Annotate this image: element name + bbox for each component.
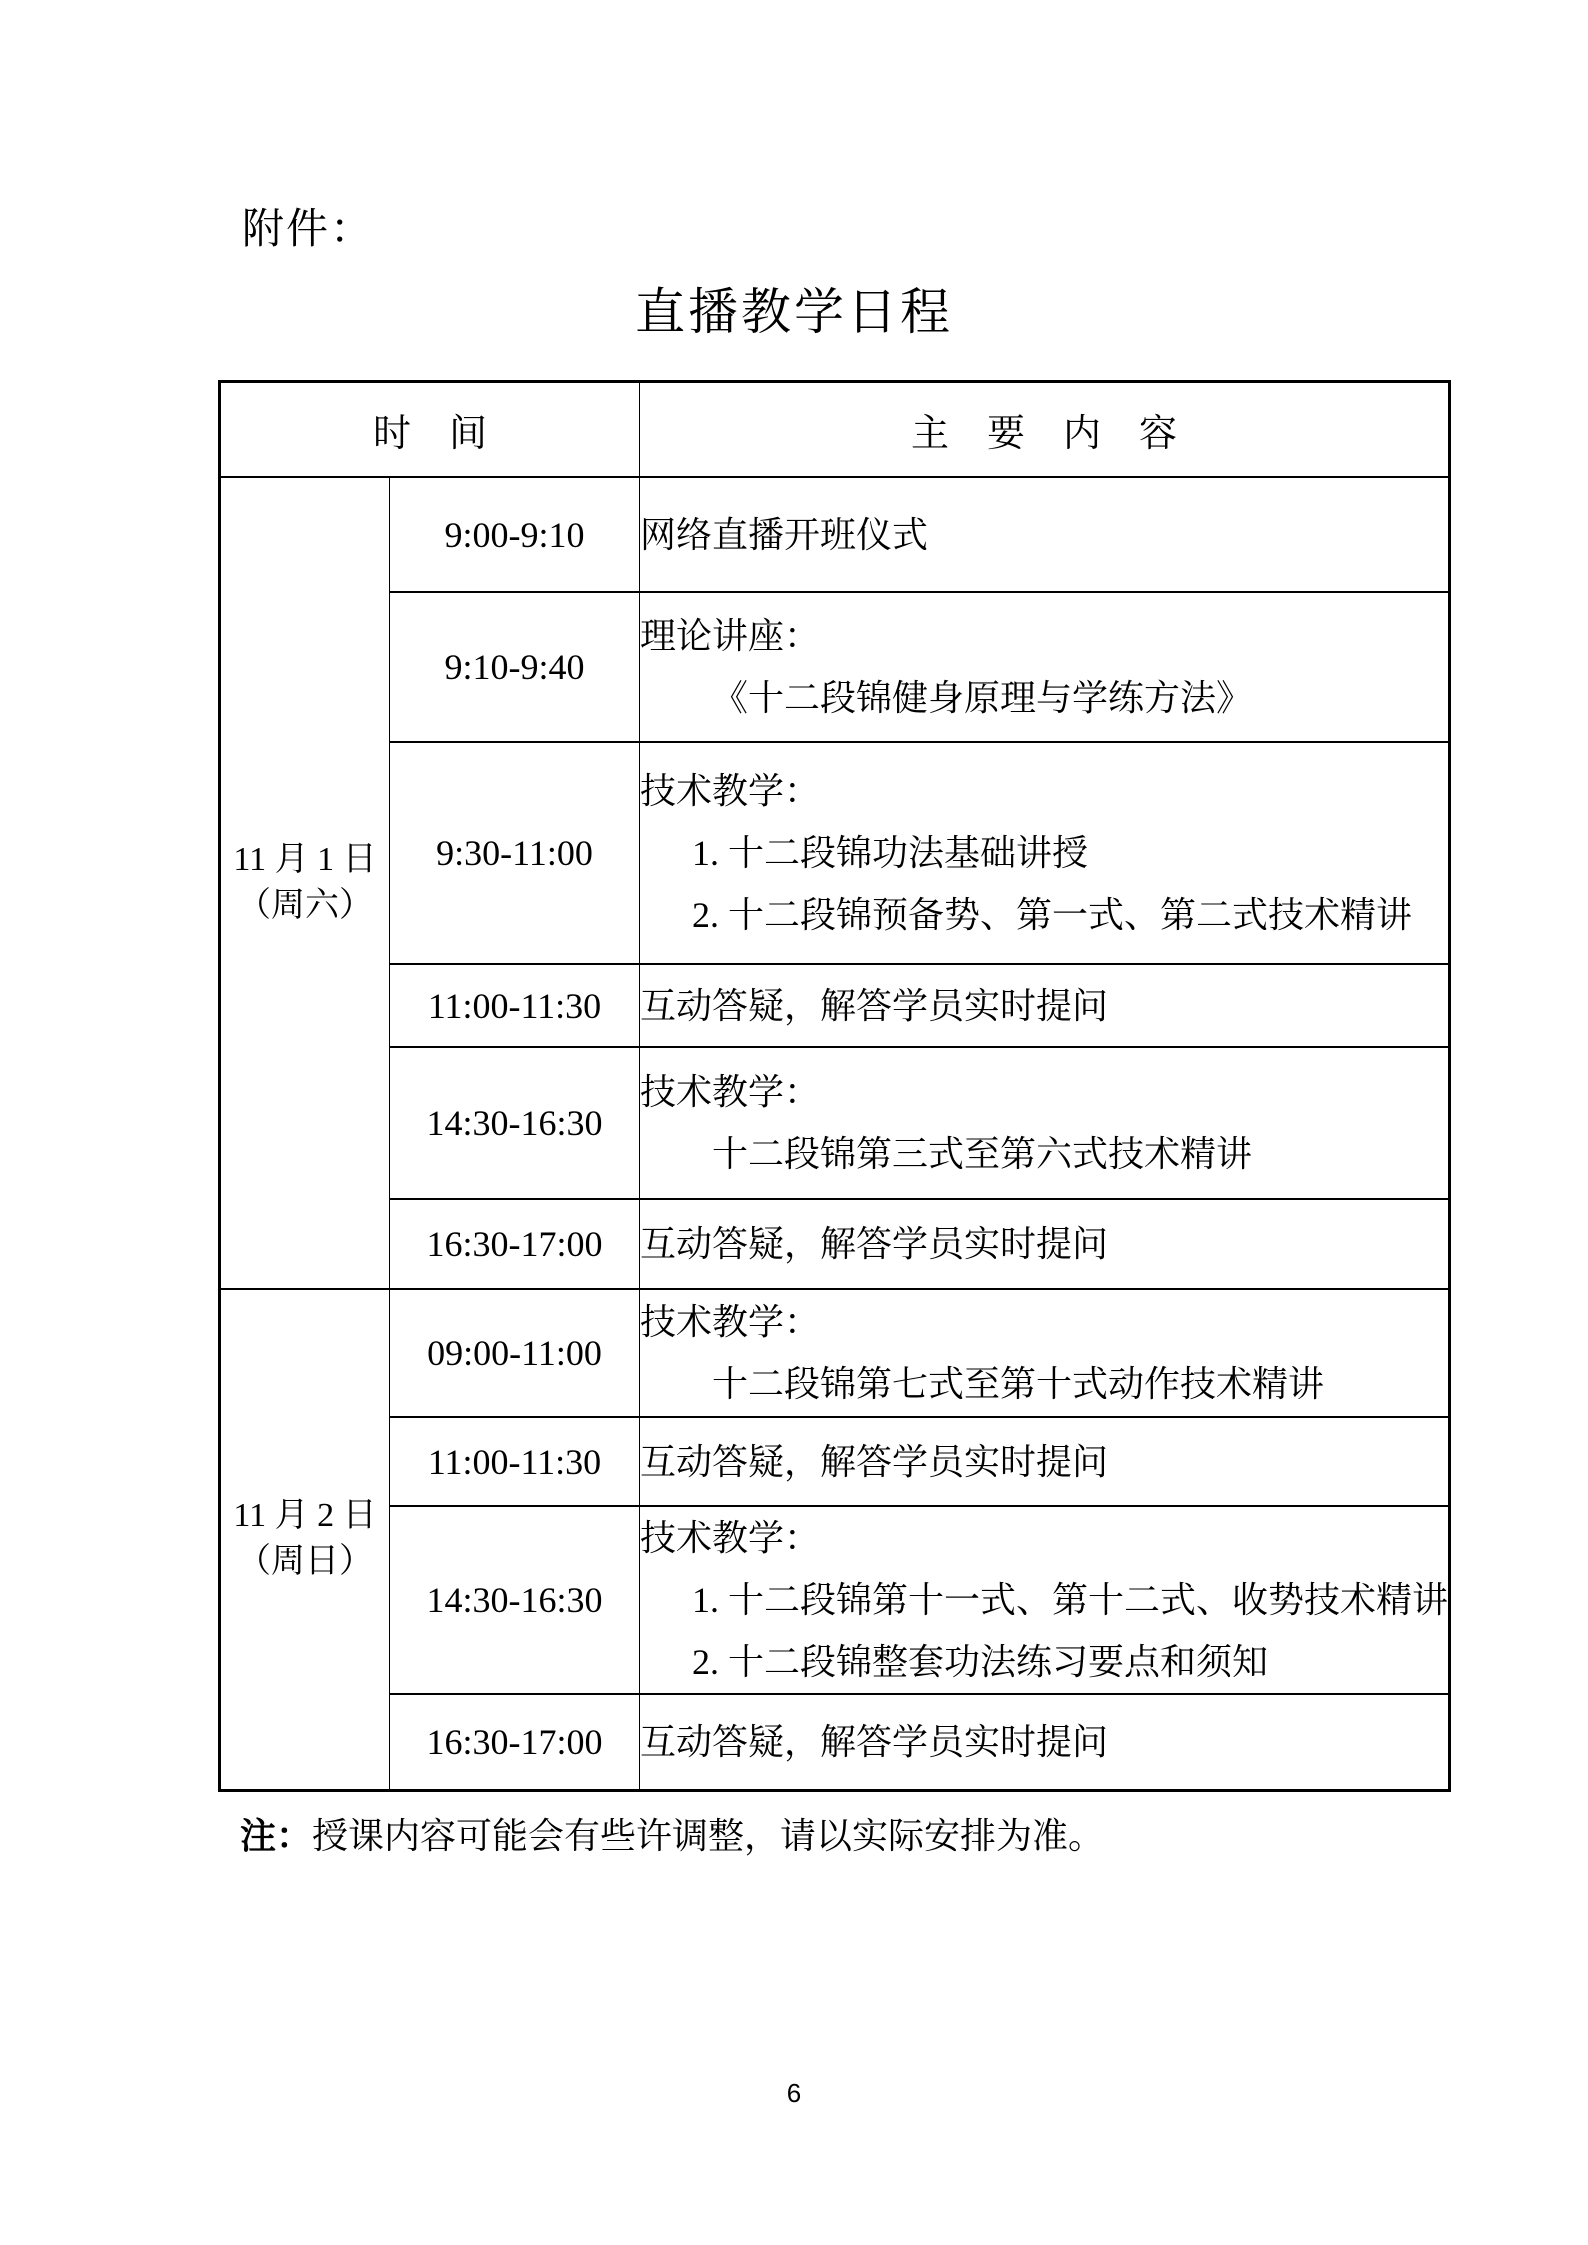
time-cell: 9:30-11:00	[390, 742, 640, 964]
date-line: （周日）	[221, 1539, 389, 1585]
time-cell: 14:30-16:30	[390, 1506, 640, 1694]
schedule-row: 14:30-16:30技术教学：1. 十二段锦第十一式、第十二式、收势技术精讲2…	[220, 1506, 1450, 1694]
content-line: 《十二段锦健身原理与学练方法》	[712, 667, 1448, 729]
content-line: 理论讲座：	[640, 605, 1448, 667]
schedule-row: 9:10-9:40理论讲座：《十二段锦健身原理与学练方法》	[220, 592, 1450, 742]
date-line: 11 月 1 日	[221, 837, 389, 883]
header-content-column: 主 要 内 容	[640, 382, 1450, 478]
content-line: 1. 十二段锦第十一式、第十二式、收势技术精讲	[692, 1569, 1448, 1631]
attachment-label: 附件：	[242, 205, 374, 255]
time-cell: 9:00-9:10	[390, 477, 640, 592]
table-header-row: 时 间 主 要 内 容	[220, 382, 1450, 478]
content-line: 技术教学：	[640, 1291, 1448, 1353]
schedule-row: 9:30-11:00技术教学：1. 十二段锦功法基础讲授2. 十二段锦预备势、第…	[220, 742, 1450, 964]
content-line: 技术教学：	[640, 1061, 1448, 1123]
content-line: 2. 十二段锦整套功法练习要点和须知	[692, 1631, 1448, 1693]
header-time-column: 时 间	[220, 382, 640, 478]
content-line: 互动答疑，解答学员实时提问	[640, 1711, 1448, 1773]
time-cell: 9:10-9:40	[390, 592, 640, 742]
content-line: 网络直播开班仪式	[640, 504, 1448, 566]
schedule-row: 16:30-17:00互动答疑，解答学员实时提问	[220, 1694, 1450, 1790]
content-cell: 互动答疑，解答学员实时提问	[640, 1417, 1450, 1506]
time-cell: 16:30-17:00	[390, 1694, 640, 1790]
date-line: 11 月 2 日	[221, 1493, 389, 1539]
document-page: 附件： 直播教学日程 时 间 主 要 内 容 11 月 1 日（周六）9:00-…	[0, 0, 1588, 2245]
time-cell: 11:00-11:30	[390, 964, 640, 1047]
content-cell: 互动答疑，解答学员实时提问	[640, 1199, 1450, 1289]
content-line: 十二段锦第七式至第十式动作技术精讲	[712, 1353, 1448, 1415]
footnote: 注：授课内容可能会有些许调整，请以实际安排为准。	[240, 1812, 1104, 1860]
content-cell: 技术教学：十二段锦第三式至第六式技术精讲	[640, 1047, 1450, 1199]
schedule-row: 16:30-17:00互动答疑，解答学员实时提问	[220, 1199, 1450, 1289]
content-cell: 技术教学：1. 十二段锦第十一式、第十二式、收势技术精讲2. 十二段锦整套功法练…	[640, 1506, 1450, 1694]
page-title: 直播教学日程	[0, 284, 1588, 340]
schedule-row: 11 月 2 日（周日）09:00-11:00技术教学：十二段锦第七式至第十式动…	[220, 1289, 1450, 1417]
schedule-row: 11 月 1 日（周六）9:00-9:10网络直播开班仪式	[220, 477, 1450, 592]
content-cell: 技术教学：1. 十二段锦功法基础讲授2. 十二段锦预备势、第一式、第二式技术精讲	[640, 742, 1450, 964]
footnote-prefix: 注：	[240, 1816, 312, 1856]
date-line: （周六）	[221, 883, 389, 929]
date-cell: 11 月 1 日（周六）	[220, 477, 390, 1289]
schedule-row: 11:00-11:30互动答疑，解答学员实时提问	[220, 1417, 1450, 1506]
page-number: 6	[0, 2078, 1588, 2109]
schedule-row: 11:00-11:30互动答疑，解答学员实时提问	[220, 964, 1450, 1047]
content-cell: 网络直播开班仪式	[640, 477, 1450, 592]
time-cell: 14:30-16:30	[390, 1047, 640, 1199]
footnote-text: 授课内容可能会有些许调整，请以实际安排为准。	[312, 1816, 1104, 1856]
content-cell: 理论讲座：《十二段锦健身原理与学练方法》	[640, 592, 1450, 742]
time-cell: 09:00-11:00	[390, 1289, 640, 1417]
content-line: 1. 十二段锦功法基础讲授	[692, 822, 1448, 884]
schedule-table: 时 间 主 要 内 容 11 月 1 日（周六）9:00-9:10网络直播开班仪…	[218, 380, 1451, 1792]
schedule-body: 11 月 1 日（周六）9:00-9:10网络直播开班仪式9:10-9:40理论…	[220, 477, 1450, 1790]
content-cell: 互动答疑，解答学员实时提问	[640, 1694, 1450, 1790]
time-cell: 11:00-11:30	[390, 1417, 640, 1506]
time-cell: 16:30-17:00	[390, 1199, 640, 1289]
schedule-row: 14:30-16:30技术教学：十二段锦第三式至第六式技术精讲	[220, 1047, 1450, 1199]
content-line: 2. 十二段锦预备势、第一式、第二式技术精讲	[692, 884, 1448, 946]
content-line: 技术教学：	[640, 1507, 1448, 1569]
content-cell: 互动答疑，解答学员实时提问	[640, 964, 1450, 1047]
date-cell: 11 月 2 日（周日）	[220, 1289, 390, 1790]
content-line: 互动答疑，解答学员实时提问	[640, 975, 1448, 1037]
content-line: 互动答疑，解答学员实时提问	[640, 1213, 1448, 1275]
content-line: 互动答疑，解答学员实时提问	[640, 1431, 1448, 1493]
content-cell: 技术教学：十二段锦第七式至第十式动作技术精讲	[640, 1289, 1450, 1417]
content-line: 十二段锦第三式至第六式技术精讲	[712, 1123, 1448, 1185]
content-line: 技术教学：	[640, 760, 1448, 822]
